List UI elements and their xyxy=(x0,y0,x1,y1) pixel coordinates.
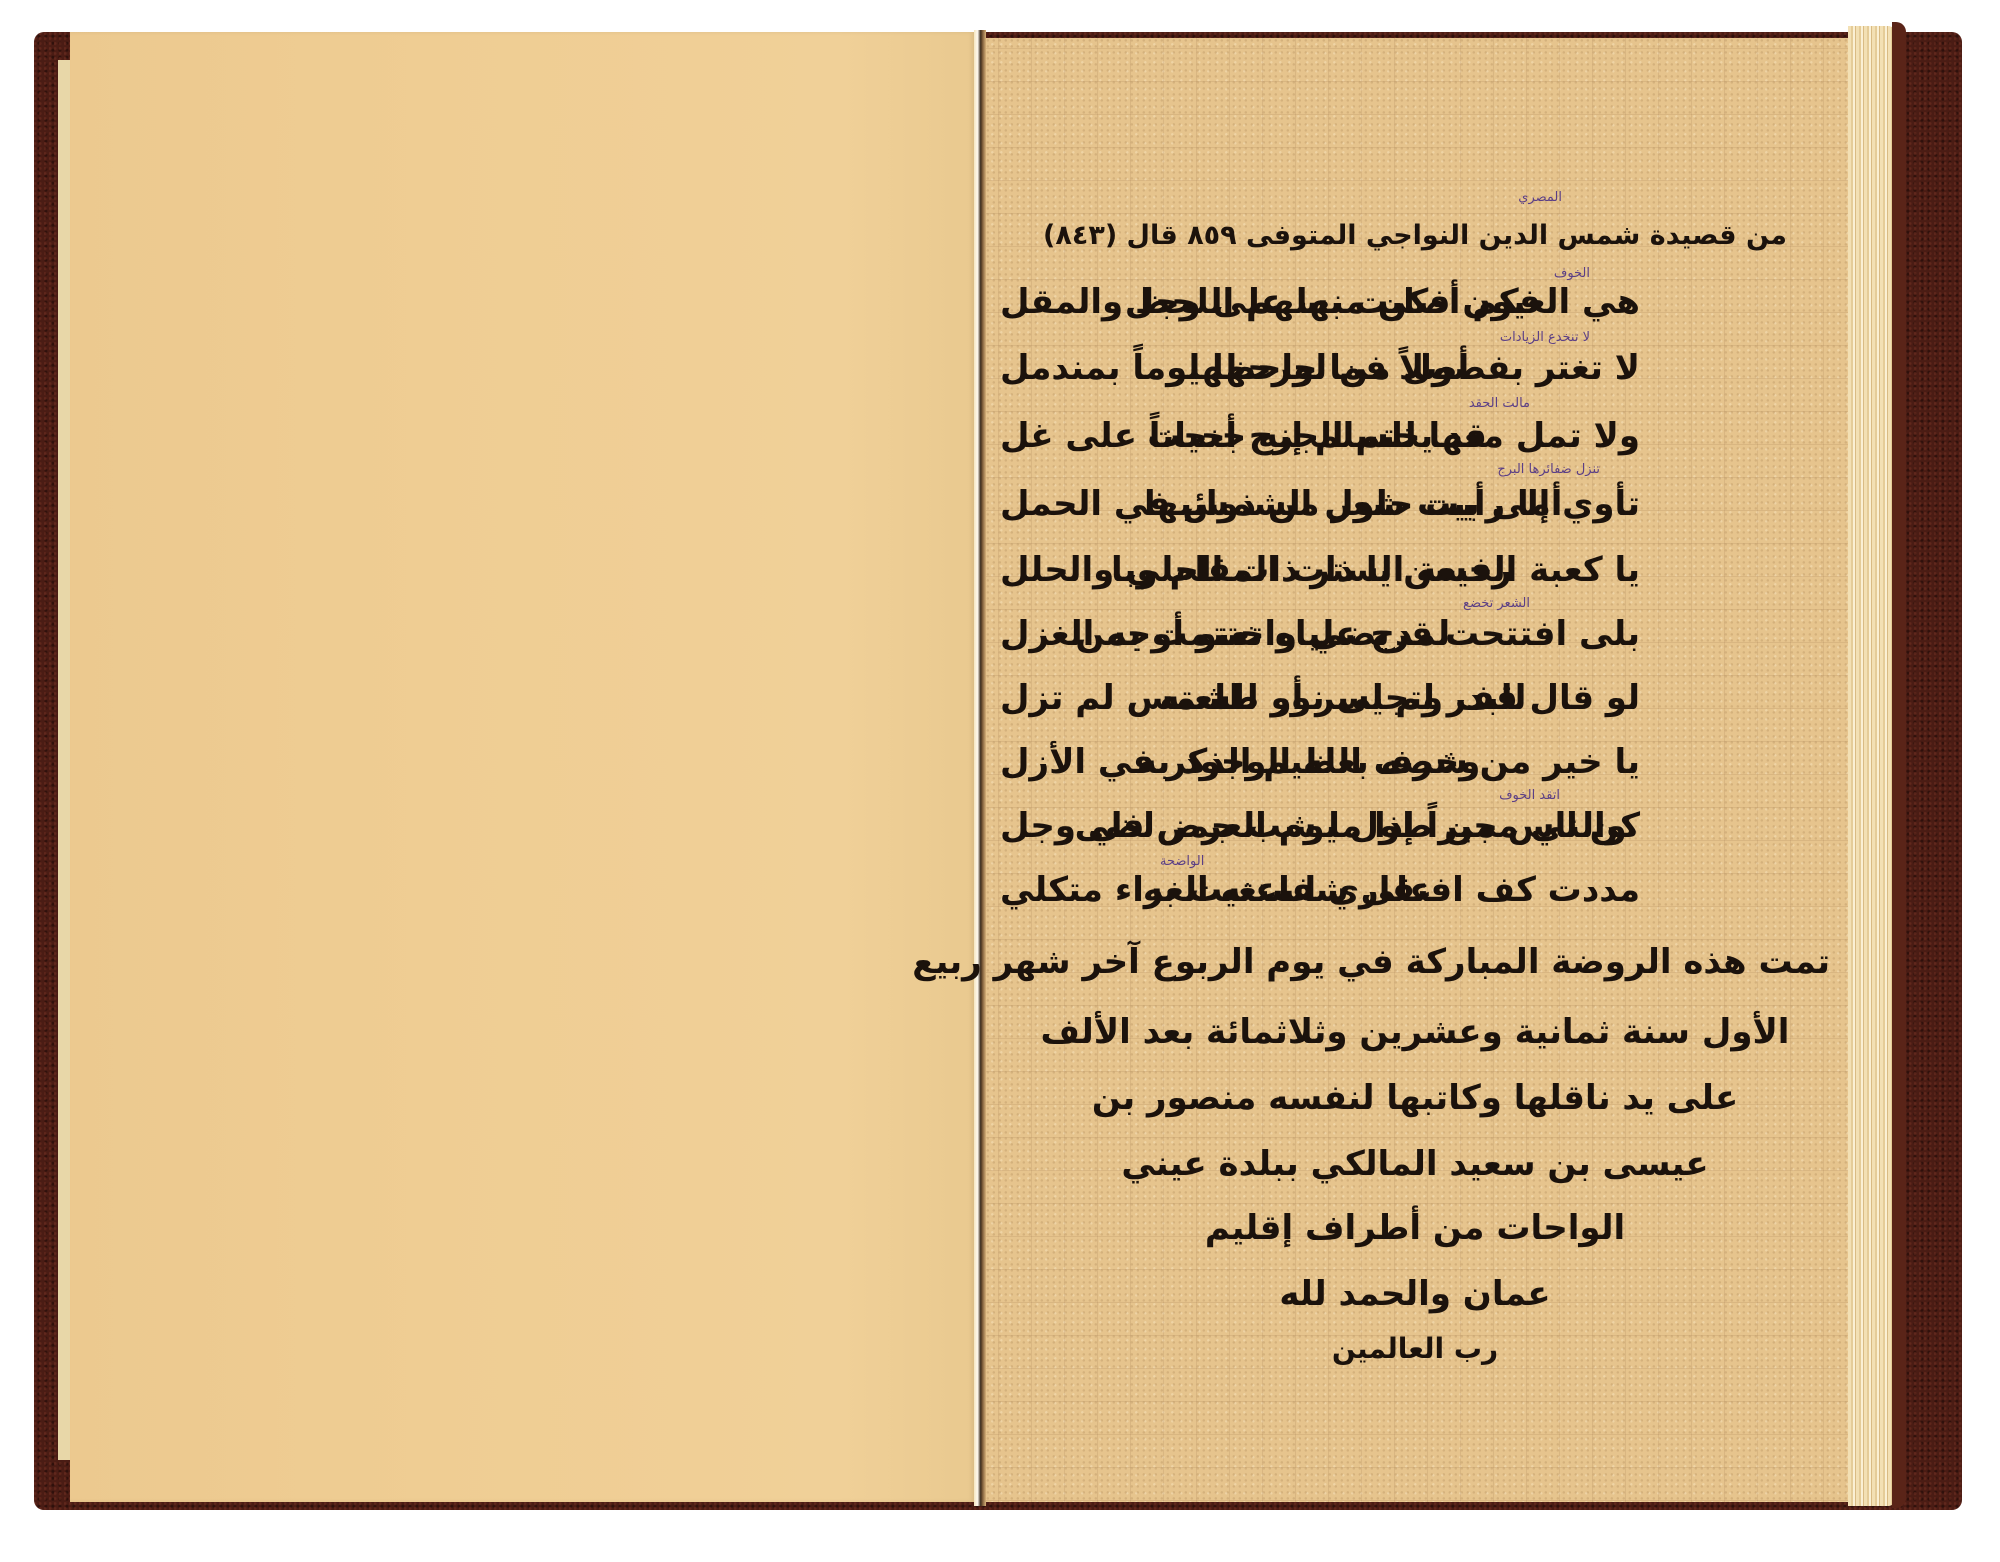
verse-gloss: تنزل ضفائرها البرج xyxy=(1497,462,1600,477)
colophon-line: عيسى بن سعيد المالكي ببلدة عيني xyxy=(1000,1144,1830,1184)
poem-title: من قصيدة شمس الدين النواجي المتوفى ٨٥٩ ق… xyxy=(1000,220,1830,251)
verse-second-hemistich: وخصه بعظيم الذكر في الأزل xyxy=(1000,742,1480,782)
verse-second-hemistich: أما رأيت حلول الشمس في الحمل xyxy=(1000,484,1562,524)
cover-edge-right xyxy=(1892,22,1906,1508)
verse-second-hemistich: والناس من طول يوم العرض في وجل xyxy=(1000,806,1627,846)
left-page-blank xyxy=(70,32,975,1502)
title-gloss: المصري xyxy=(1518,190,1562,205)
colophon-line: رب العالمين xyxy=(1000,1332,1830,1365)
verse-gloss: الخوف xyxy=(1554,266,1590,281)
book-gutter xyxy=(974,30,986,1506)
verse-line: يا كعبة الحسن يا ذات المقام وبا رفيعة ال… xyxy=(1000,550,1830,610)
verse-line: لو قال قف وتجلى نور طلعته للبدر لم يسر أ… xyxy=(1000,678,1830,738)
verse-line: يا خير من شرف الله الوجود به وخصه بعظيم … xyxy=(1000,742,1830,802)
verse-line: اتقد الخوف كن لي مجيراً إذا ما شب جمر لظ… xyxy=(1000,806,1830,866)
verse-line: لا تنخدع الزيادات لا تغتر بفضول من لواحظ… xyxy=(1000,348,1830,408)
verse-gloss: مالت الحقد xyxy=(1469,396,1530,411)
verse-gloss: لا تنخدع الزيادات xyxy=(1500,330,1590,345)
verse-second-hemistich: فكم أصابت بسهم اللحظ والمقل xyxy=(1000,282,1541,322)
verse-gloss: الشعر تخضع xyxy=(1463,596,1530,611)
colophon-line: الواحات من أطراف إقليم xyxy=(1000,1208,1830,1248)
verse-second-hemistich: للبدر لم يسر أو للشمس لم تزل xyxy=(1000,678,1526,718)
page-edges-stack xyxy=(1848,26,1896,1506)
colophon-line: عمان والحمد لله xyxy=(1000,1274,1830,1314)
verse-gloss: اتقد الخوف xyxy=(1499,788,1560,803)
verse-second-hemistich: أصلاً فما جرحها يوماً بمندمل xyxy=(1000,348,1469,388)
verse-gloss: الواضحة xyxy=(1160,854,1204,869)
verse-second-hemistich: رفيعة الستر ذات الحلي والحلل xyxy=(1000,550,1512,590)
colophon-line: الأول سنة ثمانية وعشرين وثلاثمائة بعد ال… xyxy=(1000,1012,1830,1052)
verse-second-hemistich: قد يختم الجرح أحياناً على غل xyxy=(1000,416,1487,456)
verse-second-hemistich: على شفاعته الغراء متكلي xyxy=(1000,870,1432,910)
verse-line: تنزل ضفائرها البرج تأوي إلى بيت شعر من ذ… xyxy=(1000,484,1830,544)
verse-line: الواضحة مددت كف افتقاري استغيث به على شف… xyxy=(1000,870,1830,930)
verse-line: الخوف هي العيون فكن منها على وجل فكم أصا… xyxy=(1000,282,1830,342)
verse-line: الشعر تخضع بلى افتتحت قريضي واختتمت بمن … xyxy=(1000,614,1830,674)
colophon-line: تمت هذه الروضة المباركة في يوم الربوع آخ… xyxy=(1000,942,1830,982)
verse-line: مالت الحقد ولا تمل معها للسلم إنه جنحت ق… xyxy=(1000,416,1830,476)
colophon-line: على يد ناقلها وكاتبها لنفسه منصور بن xyxy=(1000,1078,1830,1118)
verse-second-hemistich: لمدح علياه تعنو أوجه الغزل xyxy=(1000,614,1450,654)
